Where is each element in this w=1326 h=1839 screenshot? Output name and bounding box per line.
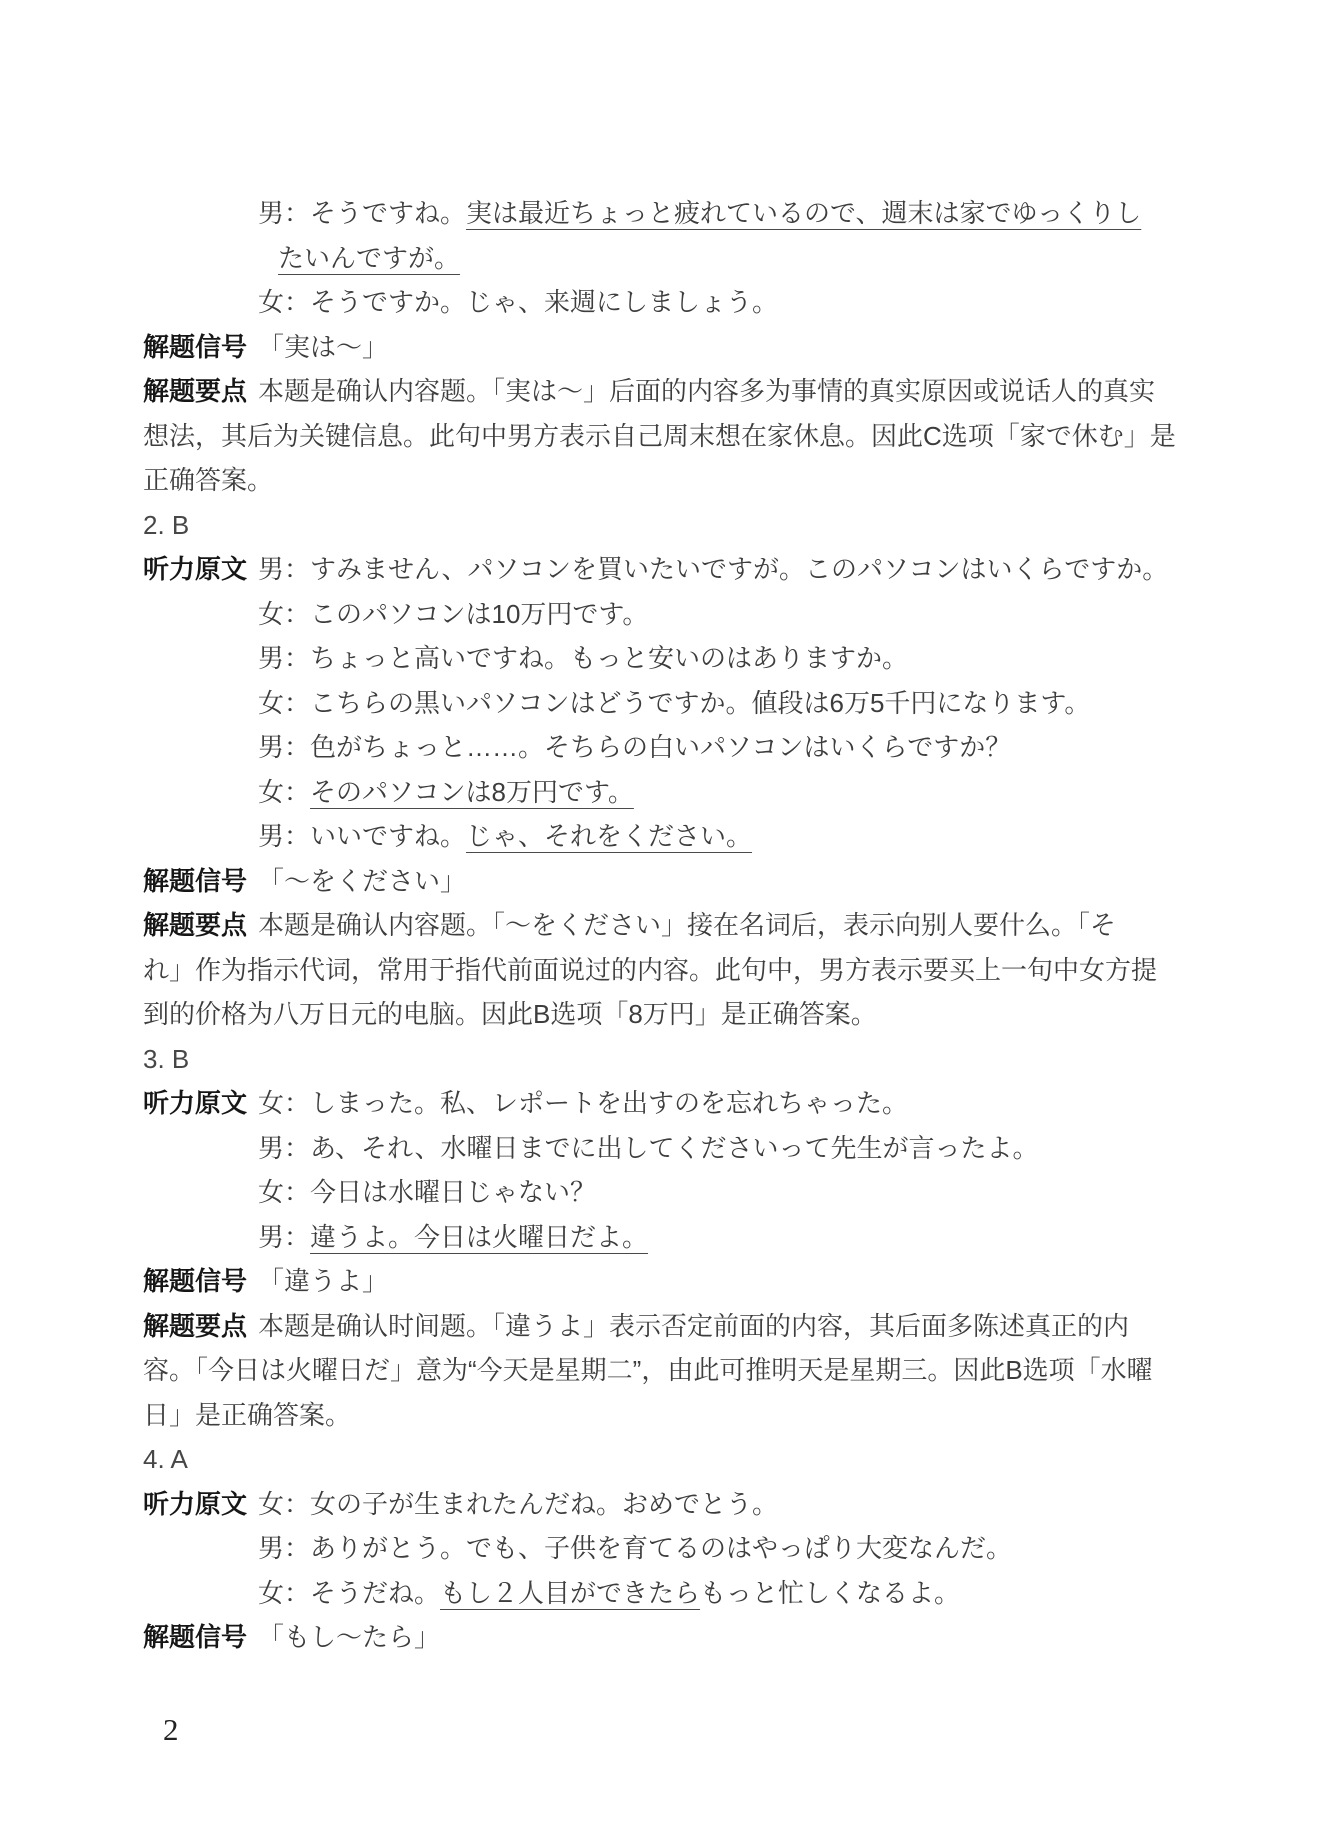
underlined-segment: たいんですが。 bbox=[278, 243, 460, 273]
transcript-line: 男：いいですね。じゃ、それをください。 bbox=[143, 814, 1253, 859]
signal-value: 「実は～」 bbox=[258, 332, 388, 362]
transcript-line: 男：ちょっと高いですね。もっと安いのはありますか。 bbox=[143, 636, 1253, 681]
underlined-segment: もし２人目ができたら bbox=[440, 1578, 700, 1608]
signal-label: 解题信号 bbox=[143, 1259, 258, 1304]
transcript-line: 听力原文女：しまった。私、レポートを出すのを忘れちゃった。 bbox=[143, 1081, 1253, 1126]
transcript-label: 听力原文 bbox=[143, 1081, 258, 1126]
point-line: 到的价格为八万日元的电脑。因此B选项「8万円」是正确答案。 bbox=[143, 992, 1253, 1037]
transcript-line: 男：ありがとう。でも、子供を育てるのはやっぱり大変なんだ。 bbox=[143, 1526, 1253, 1571]
point-line: 日」是正确答案。 bbox=[143, 1393, 1253, 1438]
answer-text: 2. B bbox=[143, 510, 189, 540]
point-line: 容。「今日は火曜日だ」意为“今天是星期二”，由此可推明天是星期三。因此B选项「水… bbox=[143, 1348, 1253, 1393]
point-line: 解题要点本题是确认内容题。「実は～」后面的内容多为事情的真实原因或说话人的真实 bbox=[143, 369, 1253, 414]
point-line: 解题要点本题是确认内容题。「～をください」接在名词后，表示向别人要什么。「そ bbox=[143, 903, 1253, 948]
dialog-line: 男：そうですね。実は最近ちょっと疲れているので、週末は家でゆっくりし bbox=[143, 191, 1253, 236]
point-line: 解题要点本题是确认时间题。「違うよ」表示否定前面的内容，其后面多陈述真正的内 bbox=[143, 1304, 1253, 1349]
text-segment: 男：あ、それ、水曜日までに出してくださいって先生が言ったよ。 bbox=[258, 1133, 1039, 1163]
point-line: れ」作为指示代词，常用于指代前面说过的内容。此句中，男方表示要买上一句中女方提 bbox=[143, 948, 1253, 993]
text-segment: 女：そうだね。 bbox=[258, 1578, 440, 1608]
answer-text: 3. B bbox=[143, 1044, 189, 1074]
answer-text: 4. A bbox=[143, 1444, 188, 1474]
underlined-segment: じゃ、それをください。 bbox=[466, 821, 752, 851]
text-segment: 男： bbox=[258, 1222, 310, 1252]
signal-value: 「もし～たら」 bbox=[258, 1622, 440, 1652]
underlined-segment: 違うよ。今日は火曜日だよ。 bbox=[310, 1222, 648, 1252]
transcript-line: 女：そのパソコンは8万円です。 bbox=[143, 770, 1253, 815]
text-segment: 女：このパソコンは10万円です。 bbox=[258, 599, 648, 629]
text-segment: 女：女の子が生まれたんだね。おめでとう。 bbox=[258, 1489, 778, 1519]
signal-label: 解题信号 bbox=[143, 859, 258, 904]
signal-label: 解题信号 bbox=[143, 325, 258, 370]
transcript-line: 听力原文女：女の子が生まれたんだね。おめでとう。 bbox=[143, 1482, 1253, 1527]
point-text: 本题是确认内容题。「～をください」接在名词后，表示向别人要什么。「そ bbox=[258, 910, 1116, 940]
signal-line: 解题信号「～をください」 bbox=[143, 859, 1253, 904]
transcript-line: 女：このパソコンは10万円です。 bbox=[143, 592, 1253, 637]
point-label: 解题要点 bbox=[143, 369, 258, 414]
text-segment: 男：すみません、パソコンを買いたいですが。このパソコンはいくらですか。 bbox=[258, 554, 1168, 584]
signal-line: 解题信号「もし～たら」 bbox=[143, 1615, 1253, 1660]
point-text: 正确答案。 bbox=[143, 465, 273, 495]
signal-value: 「違うよ」 bbox=[258, 1266, 388, 1296]
transcript-line: 听力原文男：すみません、パソコンを買いたいですが。このパソコンはいくらですか。 bbox=[143, 547, 1253, 592]
answer-line: 4. A bbox=[143, 1437, 1253, 1482]
point-label: 解题要点 bbox=[143, 1304, 258, 1349]
answer-line: 3. B bbox=[143, 1037, 1253, 1082]
underlined-segment: 実は最近ちょっと疲れているので、週末は家でゆっくりし bbox=[466, 198, 1141, 228]
transcript-line: 男：違うよ。今日は火曜日だよ。 bbox=[143, 1215, 1253, 1260]
transcript-line: 女：そうだね。もし２人目ができたらもっと忙しくなるよ。 bbox=[143, 1571, 1253, 1616]
signal-value: 「～をください」 bbox=[258, 866, 466, 896]
point-text: 容。「今日は火曜日だ」意为“今天是星期二”，由此可推明天是星期三。因此B选项「水… bbox=[143, 1355, 1153, 1385]
transcript-line: 男：あ、それ、水曜日までに出してくださいって先生が言ったよ。 bbox=[143, 1126, 1253, 1171]
point-text: 想法，其后为关键信息。此句中男方表示自己周末想在家休息。因此C选项「家で休む」是 bbox=[143, 421, 1176, 451]
transcript-label: 听力原文 bbox=[143, 1482, 258, 1527]
text-segment: 男：色がちょっと……。そちらの白いパソコンはいくらですか？ bbox=[258, 732, 1011, 762]
text-segment: 男：ちょっと高いですね。もっと安いのはありますか。 bbox=[258, 643, 908, 673]
signal-line: 解题信号「違うよ」 bbox=[143, 1259, 1253, 1304]
transcript-line: 男：色がちょっと……。そちらの白いパソコンはいくらですか？ bbox=[143, 725, 1253, 770]
transcript-label: 听力原文 bbox=[143, 547, 258, 592]
signal-line: 解题信号「実は～」 bbox=[143, 325, 1253, 370]
signal-label: 解题信号 bbox=[143, 1615, 258, 1660]
transcript-line: 女：今日は水曜日じゃない？ bbox=[143, 1170, 1253, 1215]
text-segment: 男：ありがとう。でも、子供を育てるのはやっぱり大変なんだ。 bbox=[258, 1533, 1012, 1563]
underlined-segment: そのパソコンは8万円です。 bbox=[310, 777, 634, 807]
document-page: 男：そうですね。実は最近ちょっと疲れているので、週末は家でゆっくりしたいんですが… bbox=[0, 0, 1326, 1839]
page-number: 2 bbox=[163, 1712, 179, 1748]
dialog-line: たいんですが。 bbox=[143, 236, 1253, 281]
point-text: 本题是确认内容题。「実は～」后面的内容多为事情的真实原因或说话人的真实 bbox=[258, 376, 1155, 406]
text-segment: 女：そうですか。じゃ、来週にしましょう。 bbox=[258, 287, 778, 317]
text-segment: 男：そうですね。 bbox=[258, 198, 466, 228]
text-segment: 女：今日は水曜日じゃない？ bbox=[258, 1177, 596, 1207]
content: 男：そうですね。実は最近ちょっと疲れているので、週末は家でゆっくりしたいんですが… bbox=[143, 191, 1253, 1660]
transcript-line: 女：こちらの黒いパソコンはどうですか。値段は6万5千円になります。 bbox=[143, 681, 1253, 726]
point-label: 解题要点 bbox=[143, 903, 258, 948]
text-segment: 女：しまった。私、レポートを出すのを忘れちゃった。 bbox=[258, 1088, 908, 1118]
point-line: 正确答案。 bbox=[143, 458, 1253, 503]
point-text: 本题是确认时间题。「違うよ」表示否定前面的内容，其后面多陈述真正的内 bbox=[258, 1311, 1129, 1341]
text-segment: もっと忙しくなるよ。 bbox=[700, 1578, 960, 1608]
point-text: 到的价格为八万日元的电脑。因此B选项「8万円」是正确答案。 bbox=[143, 999, 877, 1029]
dialog-line: 女：そうですか。じゃ、来週にしましょう。 bbox=[143, 280, 1253, 325]
text-segment: 男：いいですね。 bbox=[258, 821, 466, 851]
point-text: れ」作为指示代词，常用于指代前面说过的内容。此句中，男方表示要买上一句中女方提 bbox=[143, 955, 1157, 985]
point-line: 想法，其后为关键信息。此句中男方表示自己周末想在家休息。因此C选项「家で休む」是 bbox=[143, 414, 1253, 459]
text-segment: 女： bbox=[258, 777, 310, 807]
text-segment: 女：こちらの黒いパソコンはどうですか。値段は6万5千円になります。 bbox=[258, 688, 1090, 718]
point-text: 日」是正确答案。 bbox=[143, 1400, 351, 1430]
answer-line: 2. B bbox=[143, 503, 1253, 548]
